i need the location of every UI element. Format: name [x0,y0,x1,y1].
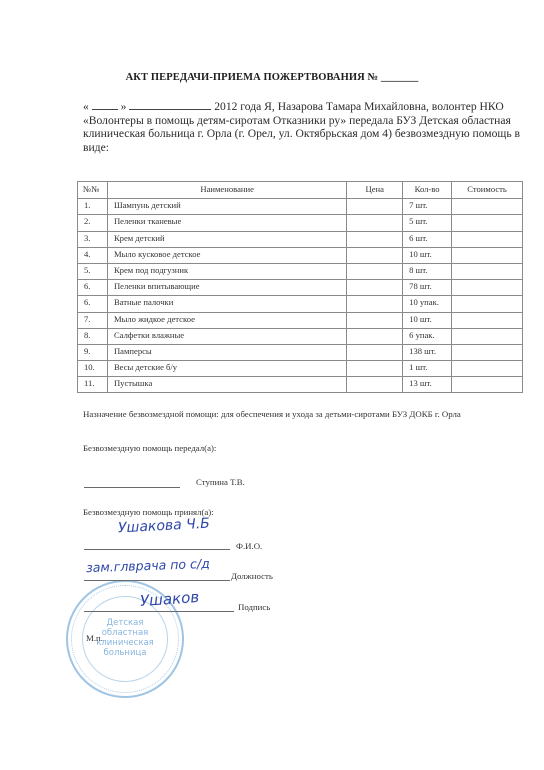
table-row: 4.Мыло кусковое детское10 шт. [78,247,523,263]
cell-num: 6. [78,280,108,296]
cell-price [347,361,403,377]
header-qty: Кол-во [403,182,452,199]
day-blank [92,99,118,110]
cell-cost [452,215,523,231]
table-row: 1.Шампунь детский7 шт. [78,199,523,215]
cell-num: 5. [78,263,108,279]
header-cost: Стоимость [452,182,523,199]
cell-cost [452,280,523,296]
header-num: №№ [78,182,108,199]
cell-num: 1. [78,199,108,215]
cell-cost [452,344,523,360]
cell-cost [452,312,523,328]
cell-cost [452,231,523,247]
table-row: 6.Пеленки впитывающие78 шт. [78,280,523,296]
cell-qty: 10 шт. [403,247,452,263]
cell-qty: 7 шт. [403,199,452,215]
handwritten-position: зам.глврача по с/д [86,556,210,575]
given-by-label: Безвозмездную помощь передал(а): [83,443,216,453]
cell-name: Пустышка [107,377,346,393]
cell-num: 3. [78,231,108,247]
table-row: 3.Крем детский6 шт. [78,231,523,247]
cell-qty: 10 упак. [403,296,452,312]
cell-name: Мыло жидкое детское [107,312,346,328]
signature-line [84,611,234,612]
cell-cost [452,328,523,344]
cell-num: 6. [78,296,108,312]
given-by-signature-line [84,487,180,488]
cell-qty: 8 шт. [403,263,452,279]
cell-qty: 5 шт. [403,215,452,231]
stamp-text-line: больница [68,648,182,658]
cell-price [347,215,403,231]
document-title: АКТ ПЕРЕДАЧИ-ПРИЕМА ПОЖЕРТВОВАНИЯ № ____… [0,72,544,83]
table-row: 11.Пустышка13 шт. [78,377,523,393]
table-row: 2.Пеленки тканевые5 шт. [78,215,523,231]
handwritten-fio: Ушакова Ч.Б [118,516,211,537]
cell-price [347,247,403,263]
table-row: 10.Весы детские б/у1 шт. [78,361,523,377]
position-line [84,580,230,581]
cell-qty: 6 упак. [403,328,452,344]
cell-num: 2. [78,215,108,231]
cell-price [347,328,403,344]
cell-num: 9. [78,344,108,360]
cell-cost [452,361,523,377]
table-row: 5.Крем под подгузник8 шт. [78,263,523,279]
intro-paragraph: « » 2012 года Я, Назарова Тамара Михайло… [83,99,533,154]
cell-num: 10. [78,361,108,377]
purpose-text: Назначение безвозмездной помощи: для обе… [83,409,461,419]
cell-price [347,344,403,360]
cell-qty: 1 шт. [403,361,452,377]
cell-price [347,377,403,393]
cell-price [347,199,403,215]
stamp-text-line: Детская [68,618,182,628]
stamp-place-label: М.п. [86,633,103,643]
table-row: 7.Мыло жидкое детское10 шт. [78,312,523,328]
cell-qty: 13 шт. [403,377,452,393]
cell-name: Салфетки влажные [107,328,346,344]
donation-items-table: №№ Наименование Цена Кол-во Стоимость 1.… [77,181,523,393]
handwritten-signature: Ушаков [139,588,199,610]
given-by-name: Ступина Т.В. [196,477,245,487]
cell-name: Крем детский [107,231,346,247]
cell-num: 4. [78,247,108,263]
cell-price [347,280,403,296]
cell-qty: 138 шт. [403,344,452,360]
table-header-row: №№ Наименование Цена Кол-во Стоимость [78,182,523,199]
cell-name: Памперсы [107,344,346,360]
close-quote: » [121,100,127,113]
open-quote: « [83,100,89,113]
table-row: 8.Салфетки влажные6 упак. [78,328,523,344]
header-price: Цена [347,182,403,199]
cell-cost [452,199,523,215]
table-row: 9.Памперсы138 шт. [78,344,523,360]
cell-num: 8. [78,328,108,344]
cell-price [347,263,403,279]
cell-num: 11. [78,377,108,393]
fio-label: Ф.И.О. [236,541,262,551]
signature-label: Подпись [238,602,270,612]
cell-num: 7. [78,312,108,328]
cell-name: Ватные палочки [107,296,346,312]
cell-qty: 10 шт. [403,312,452,328]
cell-name: Мыло кусковое детское [107,247,346,263]
table-row: 6.Ватные палочки10 упак. [78,296,523,312]
header-name: Наименование [107,182,346,199]
cell-cost [452,377,523,393]
cell-cost [452,247,523,263]
cell-name: Весы детские б/у [107,361,346,377]
cell-cost [452,263,523,279]
cell-qty: 78 шт. [403,280,452,296]
fio-line [84,549,230,550]
position-label: Должность [231,571,273,581]
cell-qty: 6 шт. [403,231,452,247]
cell-price [347,312,403,328]
cell-name: Крем под подгузник [107,263,346,279]
cell-cost [452,296,523,312]
cell-price [347,296,403,312]
cell-name: Шампунь детский [107,199,346,215]
cell-name: Пеленки тканевые [107,215,346,231]
cell-name: Пеленки впитывающие [107,280,346,296]
cell-price [347,231,403,247]
month-blank [129,99,211,110]
